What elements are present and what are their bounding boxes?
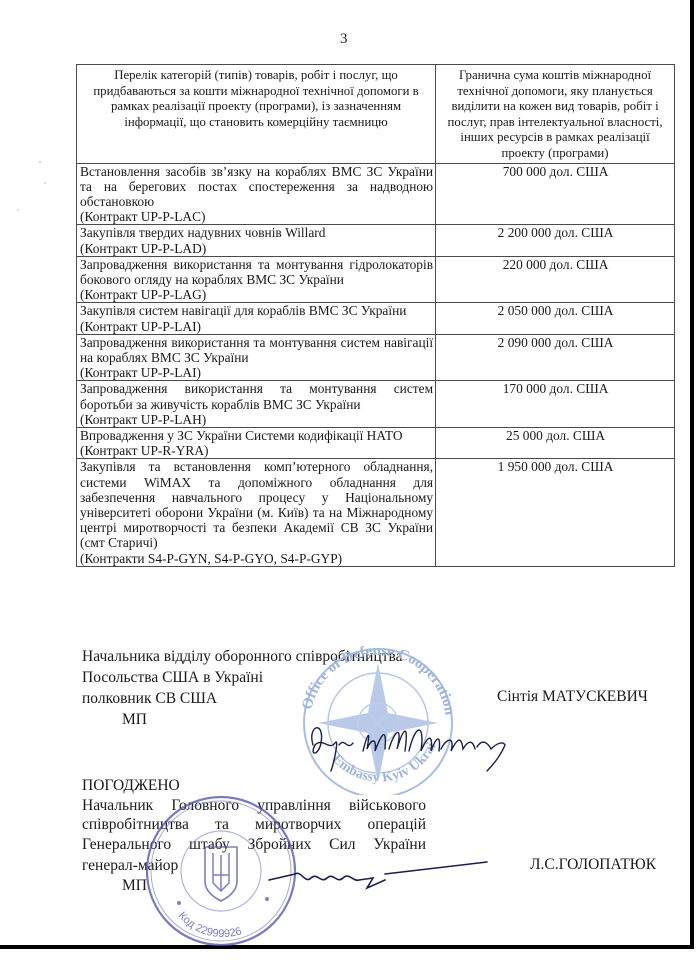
header-categories: Перелік категорій (типів) товарів, робіт… — [77, 65, 436, 164]
row-amount: 170 000 дол. США — [436, 381, 675, 428]
row-amount: 220 000 дол. США — [436, 256, 675, 303]
row-description: Запровадження використання та монтування… — [80, 257, 433, 287]
row-description: Закупівля систем навігації для кораблів … — [80, 303, 433, 318]
row-description-cell: Запровадження використання та монтування… — [77, 256, 436, 303]
table-row: Закупівля та встановлення комп’ютерного … — [77, 459, 675, 566]
header-amount-limit: Гранична сума коштів міжнародної технічн… — [436, 65, 675, 164]
row-description: Закупівля та встановлення комп’ютерного … — [80, 459, 433, 550]
table-row: Запровадження використання та монтування… — [77, 334, 675, 381]
table-row: Впровадження у ЗС України Системи кодифі… — [77, 428, 675, 459]
row-description-cell: Встановлення засобів зв’язку на кораблях… — [77, 163, 436, 225]
row-description: Закупівля твердих надувних човнів Willar… — [80, 225, 433, 240]
row-description: Запровадження використання та монтування… — [80, 381, 433, 411]
row-amount: 1 950 000 дол. США — [436, 459, 675, 566]
signatory2-title-line1: Начальник Головного управління військово… — [82, 796, 426, 816]
row-description-cell: Запровадження використання та монтування… — [77, 381, 436, 428]
signatory2-name: Л.С.ГОЛОПАТЮК — [530, 856, 656, 874]
signatory1-title-line2: Посольства США в Україні — [82, 667, 403, 688]
svg-text:Код 22999926: Код 22999926 — [176, 910, 243, 940]
table-header-row: Перелік категорій (типів) товарів, робіт… — [77, 65, 675, 164]
row-contract: (Контракт UP-R-YRA) — [80, 443, 433, 458]
row-description-cell: Закупівля систем навігації для кораблів … — [77, 303, 436, 334]
row-contract: (Контракт UP-P-LAG) — [80, 287, 433, 302]
stamp2-code: Код 22999926 — [176, 910, 243, 940]
table-row: Запровадження використання та монтування… — [77, 381, 675, 428]
row-description: Впровадження у ЗС України Системи кодифі… — [80, 428, 433, 443]
row-description-cell: Закупівля твердих надувних човнів Willar… — [77, 225, 436, 256]
approved-label: ПОГОДЖЕНО — [82, 776, 426, 796]
row-contract: (Контракт UP-P-LAC) — [80, 209, 433, 224]
row-description: Запровадження використання та монтування… — [80, 335, 433, 365]
signatory1-block: Начальника відділу оборонного співробітн… — [82, 646, 403, 730]
signatory1-title-line1: Начальника відділу оборонного співробітн… — [82, 646, 403, 667]
signatory1-rank: полковник СВ США — [82, 688, 403, 709]
row-description-cell: Впровадження у ЗС України Системи кодифі… — [77, 428, 436, 459]
table-row: Запровадження використання та монтування… — [77, 256, 675, 303]
signatory2-rank: генерал-майор — [82, 856, 426, 876]
signatory2-title-line2: співробітництва та миротворчих операцій — [82, 815, 426, 835]
row-contract: (Контракти S4-P-GYN, S4-P-GYO, S4-P-GYP) — [80, 551, 433, 566]
document-page: 3 Перелік категорій (типів) товарів, роб… — [0, 0, 694, 949]
assistance-categories-table: Перелік категорій (типів) товарів, робіт… — [76, 64, 675, 567]
row-amount: 2 050 000 дол. США — [436, 303, 675, 334]
row-contract: (Контракт UP-P-LAH) — [80, 412, 433, 427]
row-description-cell: Запровадження використання та монтування… — [77, 334, 436, 381]
signatory2-title-line3: Генерального штабу Збройних Сил України — [82, 835, 426, 855]
signatory1-seal-mark: МП — [82, 709, 403, 730]
table-row: Закупівля твердих надувних човнів Willar… — [77, 225, 675, 256]
row-amount: 2 200 000 дол. США — [436, 225, 675, 256]
signatory1-name: Сінтія МАТУСКЕВИЧ — [497, 688, 648, 706]
signatory2-block: ПОГОДЖЕНО Начальник Головного управління… — [82, 776, 426, 895]
row-amount: 700 000 дол. США — [436, 163, 675, 225]
row-contract: (Контракт UP-P-LAD) — [80, 241, 433, 256]
table-row: Закупівля систем навігації для кораблів … — [77, 303, 675, 334]
row-description-cell: Закупівля та встановлення комп’ютерного … — [77, 459, 436, 566]
signatory2-seal-mark: МП — [82, 876, 426, 896]
row-contract: (Контракт UP-P-LAI) — [80, 319, 433, 334]
table-row: Встановлення засобів зв’язку на кораблях… — [77, 163, 675, 225]
row-amount: 2 090 000 дол. США — [436, 334, 675, 381]
row-description: Встановлення засобів зв’язку на кораблях… — [80, 164, 433, 210]
row-contract: (Контракт UP-P-LAI) — [80, 365, 433, 380]
page-number: 3 — [340, 31, 348, 48]
row-amount: 25 000 дол. США — [436, 428, 675, 459]
